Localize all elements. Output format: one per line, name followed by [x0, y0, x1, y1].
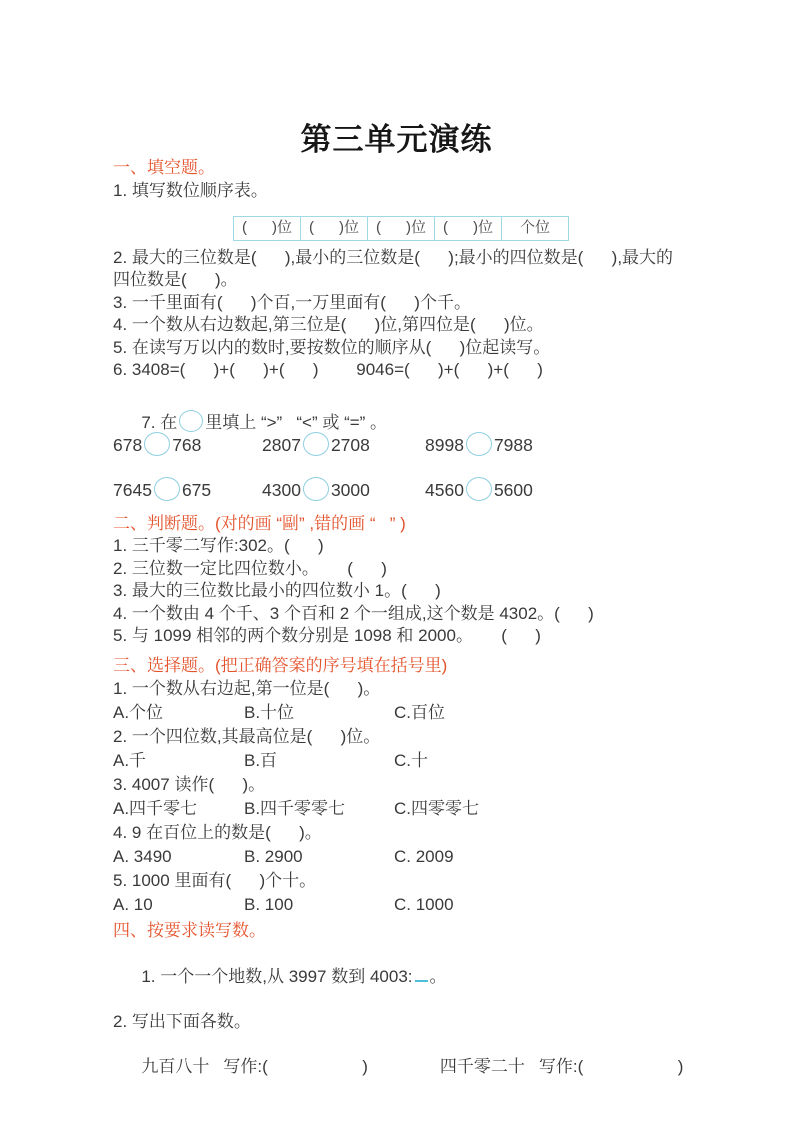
choice-options-5: A. 10 B. 100 C. 1000 — [113, 893, 691, 917]
table-cell-ones: 个位 — [502, 217, 569, 241]
readwrite-question-2: 2. 写出下面各数。 — [113, 1011, 691, 1034]
q7-text-before: 7. 在 — [141, 413, 177, 432]
choice-question-4: 4. 9 在百位上的数是( )。 — [113, 821, 691, 845]
option-c: C. 1000 — [394, 893, 454, 917]
choice-options-3: A.四千零七 B.四千零零七 C.四零零七 — [113, 797, 691, 821]
comparison-circle — [144, 432, 170, 456]
table-cell-2: ( )位 — [301, 217, 368, 241]
comparison-circle — [303, 477, 329, 501]
comparison-circle — [154, 477, 180, 501]
choice-options-4: A. 3490 B. 2900 C. 2009 — [113, 845, 691, 869]
section-2-header: 二、判断题。(对的画 “剾” ,错的画 “ ” ) — [113, 513, 691, 536]
comparison-row-2: 7645675 43003000 45605600 — [113, 475, 691, 505]
question-1-7: 7. 在里填上 “>” “<” 或 “=” 。 — [113, 388, 691, 415]
q1-text-after: 。 — [430, 967, 447, 986]
option-b: B.百 — [244, 749, 394, 773]
question-1-2: 2. 最大的三位数是( ),最小的三位数是( );最小的四位数是( ),最大的 … — [113, 247, 691, 292]
comparison-row-1: 678768 28072708 89987988 — [113, 430, 691, 460]
question-1-3: 3. 一千里面有( )个百,一万里面有( )个千。 — [113, 292, 691, 315]
compare-right: 2708 — [331, 435, 370, 455]
comparison-circle — [466, 477, 492, 501]
judge-item-4: 4. 一个数由 4 个千、3 个百和 2 个一组成,这个数是 4302。( ) — [113, 603, 691, 626]
compare-left: 678 — [113, 435, 142, 455]
option-c: C.百位 — [394, 701, 445, 725]
answer-circle — [179, 410, 203, 432]
section-4-header: 四、按要求读写数。 — [113, 920, 691, 943]
option-c: C.十 — [394, 749, 428, 773]
option-a: A. 10 — [113, 893, 244, 917]
number-word-1: 九百八十 — [141, 1057, 209, 1076]
place-value-table-row: ( )位 ( )位 ( )位 ( )位 个位 — [234, 217, 569, 241]
option-c: C.四零零七 — [394, 797, 479, 821]
question-1-5: 5. 在读写万以内的数时,要按数位的顺序从( )位起读写。 — [113, 337, 691, 360]
judge-item-5: 5. 与 1099 相邻的两个数分别是 1098 和 2000。 ( ) — [113, 625, 691, 648]
option-a: A. 3490 — [113, 845, 244, 869]
compare-right: 675 — [182, 480, 211, 500]
q1-text-before: 1. 一个一个地数,从 3997 数到 4003: — [141, 967, 412, 986]
worksheet-page: 第三单元演练 一、填空题。 1. 填写数位顺序表。 ( )位 ( )位 ( )位… — [0, 0, 793, 1122]
q7-text-after: 里填上 “>” “<” 或 “=” 。 — [205, 413, 387, 432]
compare-left: 4300 — [262, 480, 301, 500]
question-1-1: 1. 填写数位顺序表。 — [113, 180, 691, 203]
choice-options-1: A.个位 B.十位 C.百位 — [113, 701, 691, 725]
comparison-pair: 7645675 — [113, 477, 262, 502]
comparison-pair: 43003000 — [262, 477, 425, 502]
number-word-2: 四千零二十 — [440, 1057, 525, 1076]
compare-left: 8998 — [425, 435, 464, 455]
choice-question-3: 3. 4007 读作( )。 — [113, 773, 691, 797]
readwrite-question-1: 1. 一个一个地数,从 3997 数到 4003:。 — [113, 943, 691, 1012]
question-1-4: 4. 一个数从右边数起,第三位是( )位,第四位是( )位。 — [113, 314, 691, 337]
fill-blank-underline — [415, 965, 428, 982]
table-cell-1: ( )位 — [234, 217, 301, 241]
section-3-header: 三、选择题。(把正确答案的序号填在括号里) — [113, 655, 691, 678]
choice-question-2: 2. 一个四位数,其最高位是( )位。 — [113, 725, 691, 749]
compare-right: 768 — [172, 435, 201, 455]
comparison-pair: 28072708 — [262, 432, 425, 457]
compare-right: 7988 — [494, 435, 533, 455]
judge-item-3: 3. 最大的三位数比最小的四位数小 1。( ) — [113, 580, 691, 603]
judge-item-2: 2. 三位数一定比四位数小。 ( ) — [113, 558, 691, 581]
option-b: B.四千零零七 — [244, 797, 394, 821]
compare-right: 3000 — [331, 480, 370, 500]
comparison-circle — [466, 432, 492, 456]
table-cell-4: ( )位 — [435, 217, 502, 241]
option-c: C. 2009 — [394, 845, 454, 869]
option-b: B.十位 — [244, 701, 394, 725]
compare-left: 4560 — [425, 480, 464, 500]
write-as-blank-1: 写作:( ) — [223, 1057, 368, 1076]
option-a: A.千 — [113, 749, 244, 773]
table-cell-3: ( )位 — [368, 217, 435, 241]
option-a: A.个位 — [113, 701, 244, 725]
option-a: A.四千零七 — [113, 797, 244, 821]
comparison-pair: 45605600 — [425, 477, 533, 502]
write-as-blank-2: 写作:( ) — [539, 1057, 684, 1076]
comparison-pair: 89987988 — [425, 432, 533, 457]
comparison-pair: 678768 — [113, 432, 262, 457]
judge-item-1: 1. 三千零二写作:302。( ) — [113, 535, 691, 558]
choice-question-5: 5. 1000 里面有( )个十。 — [113, 869, 691, 893]
option-b: B. 100 — [244, 893, 394, 917]
page-title: 第三单元演练 — [0, 114, 793, 159]
place-value-table: ( )位 ( )位 ( )位 ( )位 个位 — [233, 216, 569, 241]
compare-left: 2807 — [262, 435, 301, 455]
comparison-circle — [303, 432, 329, 456]
compare-left: 7645 — [113, 480, 152, 500]
choice-question-1: 1. 一个数从右边起,第一位是( )。 — [113, 677, 691, 701]
write-numbers-row: 九百八十写作:( )四千零二十写作:( ) — [113, 1034, 691, 1102]
choice-options-2: A.千 B.百 C.十 — [113, 749, 691, 773]
worksheet-content: 一、填空题。 1. 填写数位顺序表。 ( )位 ( )位 ( )位 ( )位 个… — [113, 157, 691, 1101]
section-1-header: 一、填空题。 — [113, 157, 691, 180]
option-b: B. 2900 — [244, 845, 394, 869]
question-1-6: 6. 3408=( )+( )+( ) 9046=( )+( )+( ) — [113, 359, 691, 382]
compare-right: 5600 — [494, 480, 533, 500]
